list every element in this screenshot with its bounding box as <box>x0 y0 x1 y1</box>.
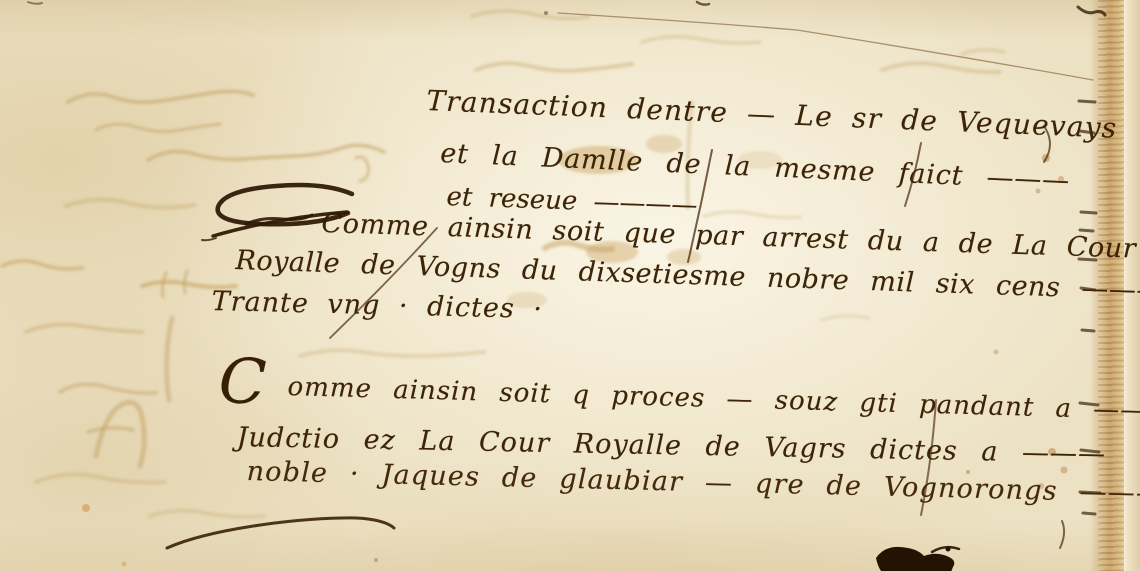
paragraph1-line-3: Trante vng · dictes · <box>211 288 543 323</box>
comma-mark <box>1060 521 1064 548</box>
flourish-underline <box>167 518 394 548</box>
heading-line-1: Transaction dentre — Le sr de Vequevays <box>426 87 1118 143</box>
top-edge-ink-marks <box>28 2 1105 15</box>
paragraph2-line-1: omme ainsin soit q proces — souz gti pan… <box>287 374 1140 426</box>
bottom-ink-blot <box>876 547 959 571</box>
crease-hairline <box>558 13 1093 80</box>
manuscript-page-photo: Transaction dentre — Le sr de Vequevays … <box>0 0 1140 571</box>
paragraph2-initial-capital: C <box>218 350 268 414</box>
